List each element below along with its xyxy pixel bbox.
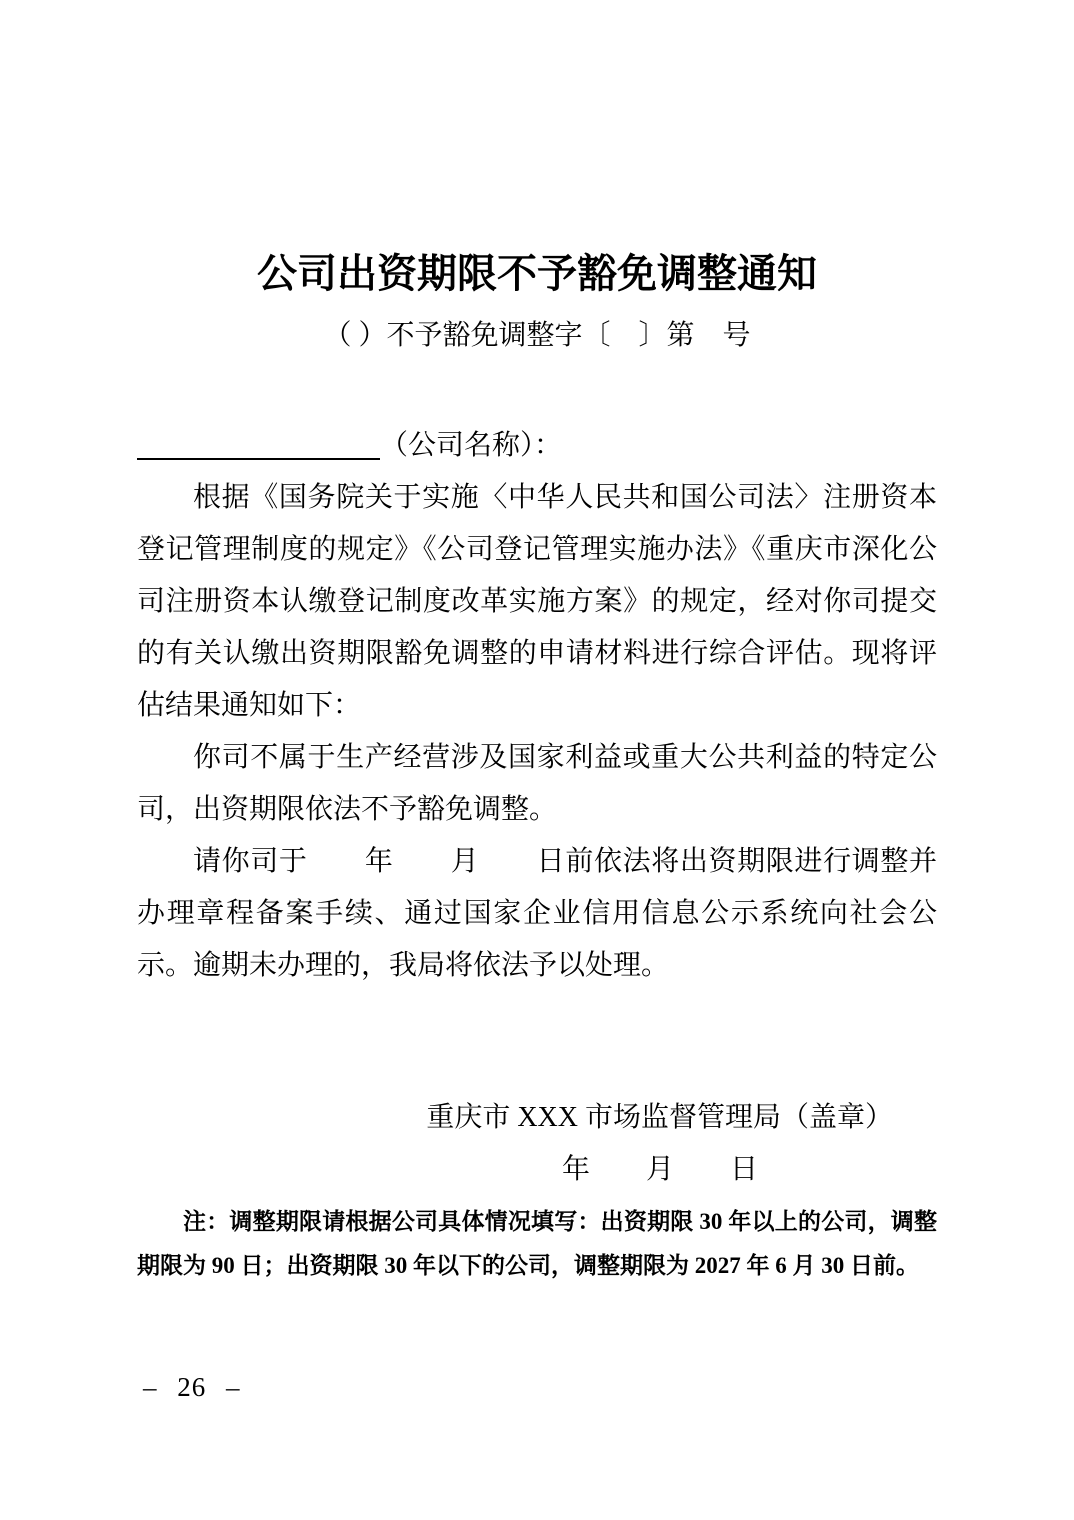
- document-page: 公司出资期限不予豁免调整通知 （ ）不予豁免调整字〔 〕第 号 （公司名称）： …: [0, 0, 1074, 1520]
- page-number: – 26 –: [143, 1372, 241, 1403]
- footnote: 注：调整期限请根据公司具体情况填写：出资期限 30 年以上的公司，调整期限为 9…: [137, 1200, 937, 1288]
- document-number-line: （ ）不予豁免调整字〔 〕第 号: [137, 314, 937, 358]
- signature-block: 重庆市 XXX 市场监督管理局（盖章） 年 月 日: [137, 1092, 937, 1196]
- issuing-authority: 重庆市 XXX 市场监督管理局（盖章）: [137, 1092, 937, 1144]
- document-title: 公司出资期限不予豁免调整通知: [137, 248, 937, 300]
- paragraph-instruction: 请你司于 年 月 日前依法将出资期限进行调整并办理章程备案手续、通过国家企业信用…: [137, 836, 937, 992]
- company-name-line: （公司名称）：: [137, 420, 937, 472]
- company-name-blank: [137, 428, 380, 460]
- paragraph-evaluation-result: 你司不属于生产经营涉及国家利益或重大公共利益的特定公司，出资期限依法不予豁免调整…: [137, 732, 937, 836]
- signature-date-line: 年 月 日: [137, 1144, 937, 1196]
- paragraph-legal-basis: 根据《国务院关于实施〈中华人民共和国公司法〉注册资本登记管理制度的规定》《公司登…: [137, 472, 937, 732]
- company-name-label: （公司名称）：: [380, 430, 562, 461]
